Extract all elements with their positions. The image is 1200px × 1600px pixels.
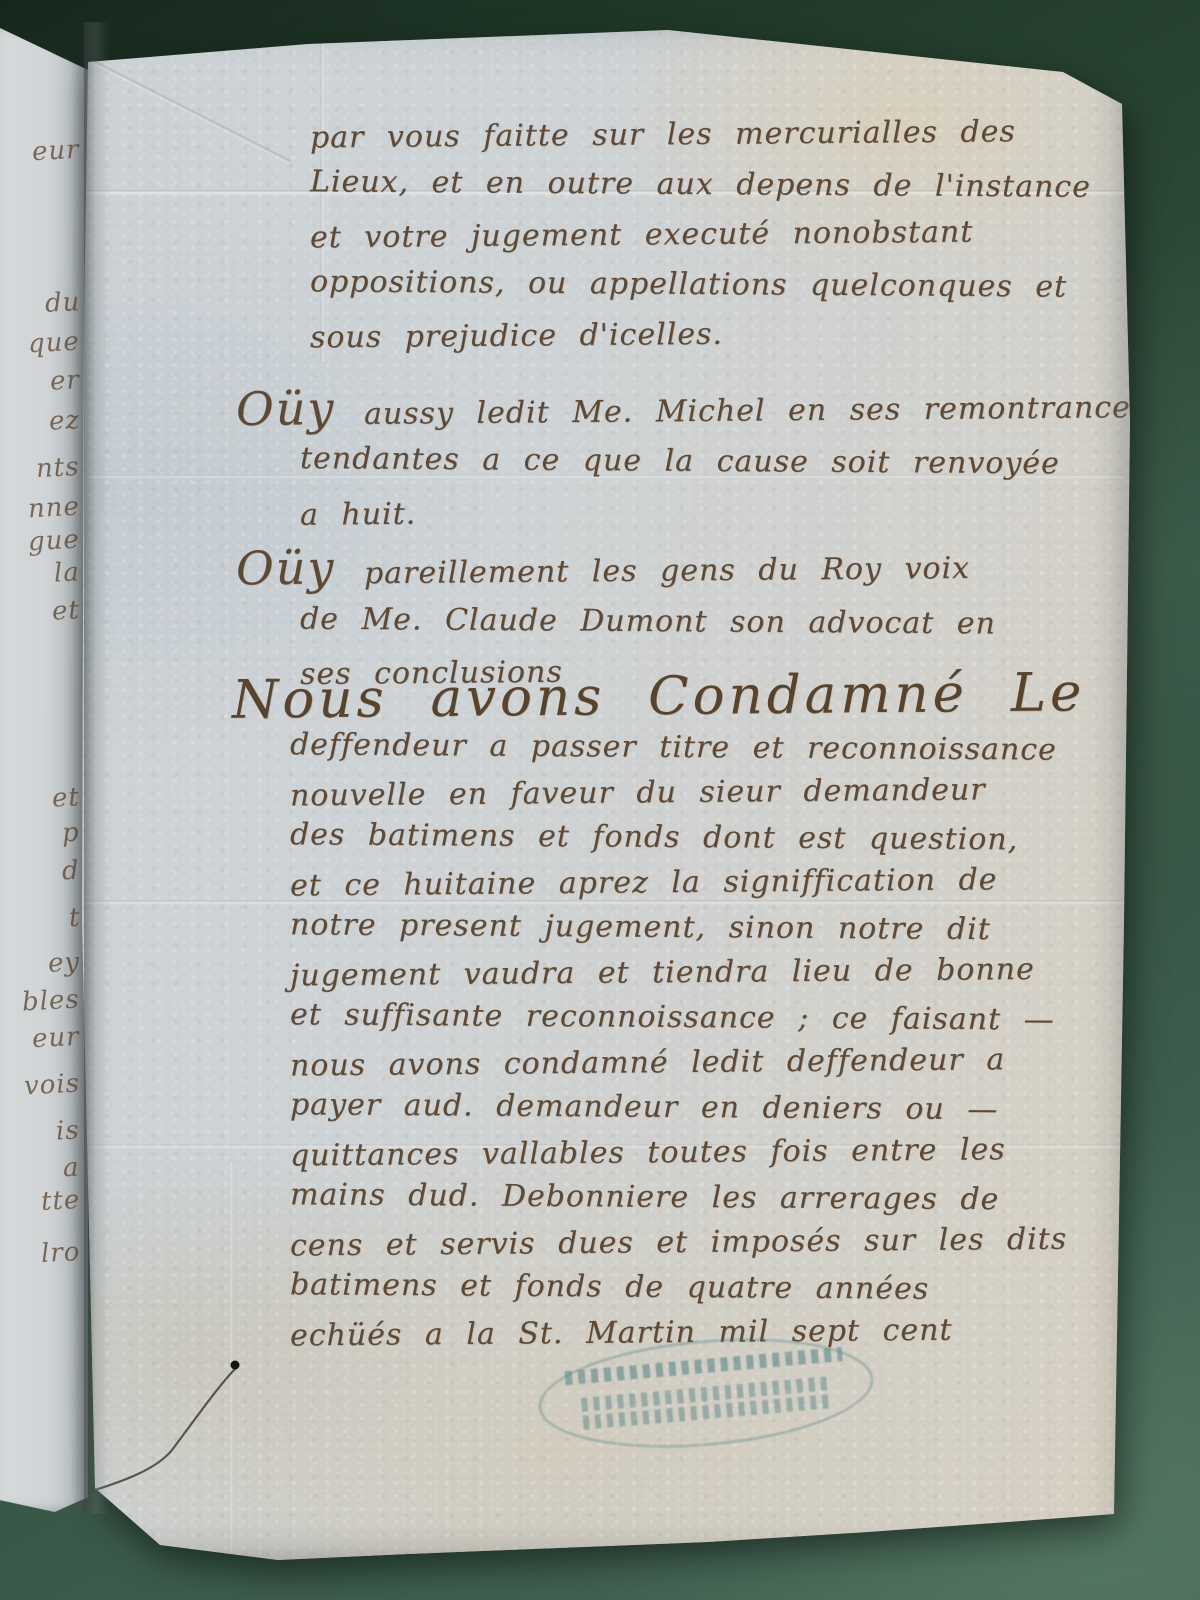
manuscript-page: par vous faitte sur les mercurialles des…: [68, 22, 1134, 1570]
manuscript-line: cens et servis dues et imposés sur les d…: [290, 1217, 1086, 1269]
manuscript-paragraph: Oüy aussy ledit Me. Michel en ses remont…: [236, 380, 1147, 537]
manuscript-line: Nous avons Condamné Le: [232, 670, 1086, 722]
manuscript-line: oppositions, ou appellations quelconques…: [310, 257, 1091, 312]
manuscript-line: mains dud. Debonniere les arrerages de: [290, 1172, 1086, 1223]
manuscript-line: et ce huitaine aprez la signiffication d…: [290, 857, 1086, 909]
manuscript-line: payer aud. demandeur en deniers ou —: [290, 1082, 1086, 1133]
manuscript-page-wrap: par vous faitte sur les mercurialles des…: [68, 22, 1134, 1570]
manuscript-line: des batimens et fonds dont est question,: [290, 812, 1086, 863]
photo-background: eurduqueerezntsnneguelaetetpdteybleseurv…: [0, 0, 1200, 1600]
manuscript-paragraph: par vous faitte sur les mercurialles des…: [310, 110, 1091, 360]
manuscript-line: par vous faitte sur les mercurialles des: [310, 107, 1091, 164]
manuscript-text: par vous faitte sur les mercurialles des…: [68, 22, 1134, 1570]
manuscript-line: echüés a la St. Martin mil sept cent: [290, 1307, 1086, 1359]
manuscript-line: Oüy aussy ledit Me. Michel en ses remont…: [236, 376, 1148, 441]
lead-word: Oüy: [236, 381, 364, 436]
manuscript-line: jugement vaudra et tiendra lieu de bonne: [290, 947, 1086, 999]
manuscript-line: nouvelle en faveur du sieur demandeur: [290, 767, 1086, 819]
lead-word: Oüy: [236, 540, 364, 595]
manuscript-line: Lieux, et en outre aux depens de l'insta…: [310, 157, 1091, 212]
manuscript-line: sous prejudice d'icelles.: [310, 307, 1091, 364]
manuscript-line: Oüy pareillement les gens du Roy voix: [236, 537, 996, 601]
manuscript-line: quittances vallables toutes fois entre l…: [290, 1127, 1086, 1179]
manuscript-line: notre present jugement, sinon notre dit: [290, 902, 1086, 953]
manuscript-line: tendantes a ce que la cause soit renvoyé…: [300, 434, 1148, 490]
manuscript-line: et votre jugement executé nonobstant: [310, 207, 1091, 264]
manuscript-line: a huit.: [300, 483, 1148, 540]
manuscript-line: nous avons condamné ledit deffendeur a: [290, 1037, 1086, 1089]
manuscript-paragraph: Nous avons Condamné Ledeffendeur a passe…: [226, 674, 1085, 1355]
manuscript-line: deffendeur a passer titre et reconnoissa…: [290, 722, 1086, 773]
manuscript-line: de Me. Claude Dumont son advocat en: [300, 595, 996, 650]
manuscript-line: et suffisante reconnoissance ; ce faisan…: [290, 992, 1086, 1043]
manuscript-line: batimens et fonds de quatre années: [290, 1262, 1086, 1313]
